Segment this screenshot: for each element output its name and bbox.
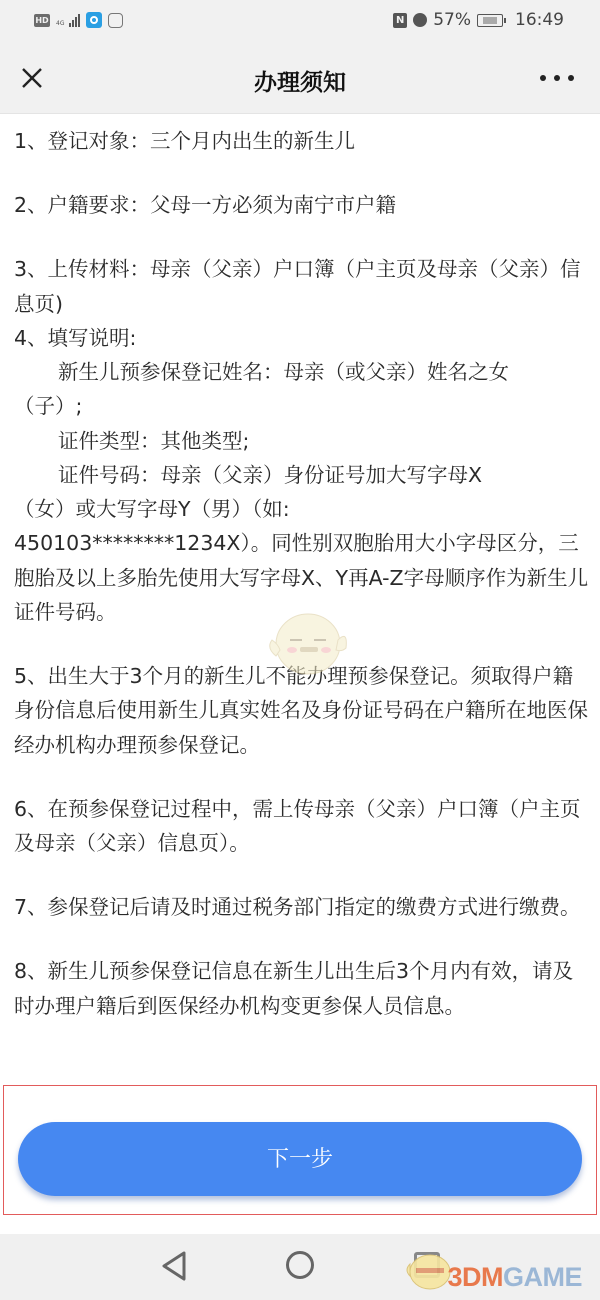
recent-square-icon[interactable]	[414, 1252, 440, 1278]
notice-item-4-cert-no-cont: （女）或大写字母Y（男）（如:	[14, 492, 590, 526]
notice-item-8: 8、新生儿预参保登记信息在新生儿出生后3个月内有效，请及时办理户籍后到医保经办机…	[14, 954, 590, 1022]
notice-item-7: 7、参保登记后请及时通过税务部门指定的缴费方式进行缴费。	[14, 890, 590, 924]
notice-item-4-cert-type: 证件类型：其他类型;	[14, 424, 590, 458]
hd-icon: HD	[34, 14, 50, 27]
battery-percent: 57%	[433, 10, 471, 30]
back-triangle-icon[interactable]	[160, 1250, 188, 1282]
network-type: 4G	[56, 21, 66, 27]
notice-content: 1、登记对象：三个月内出生的新生儿 2、户籍要求：父母一方必须为南宁市户籍 3、…	[14, 124, 590, 1023]
nfc-icon: N	[393, 13, 407, 28]
status-left-icons: HD 4G	[34, 12, 123, 28]
top-nav-bar: 办理须知	[0, 44, 600, 114]
search-app-icon	[86, 12, 102, 28]
notice-item-4-name: 新生儿预参保登记姓名：母亲（或父亲）姓名之女	[14, 355, 590, 389]
notice-item-6: 6、在预参保登记过程中，需上传母亲（父亲）户口簿（户主页及母亲（父亲）信息页）。	[14, 792, 590, 860]
notice-item-4-name-cont: （子）;	[14, 389, 590, 423]
battery-icon	[477, 14, 503, 27]
status-bar: HD 4G N 57% 16:49	[0, 0, 600, 44]
status-right-icons: N 57% 16:49	[393, 10, 564, 30]
notice-item-3: 3、上传材料：母亲（父亲）户口簿（户主页及母亲（父亲）信息页)	[14, 252, 590, 320]
system-navigation-bar	[0, 1234, 600, 1300]
notice-item-4-title: 4、填写说明:	[14, 321, 590, 355]
next-step-button[interactable]: 下一步	[18, 1122, 582, 1196]
notice-item-2: 2、户籍要求：父母一方必须为南宁市户籍	[14, 188, 590, 222]
clock: 16:49	[515, 10, 564, 30]
hand-hexagon-icon	[108, 13, 123, 28]
more-button[interactable]	[540, 66, 574, 90]
page-title: 办理须知	[0, 64, 600, 97]
notice-item-1: 1、登记对象：三个月内出生的新生儿	[14, 124, 590, 158]
notice-item-4-example: 450103********1234X）。同性别双胞胎用大小字母区分，三胞胎及以…	[14, 526, 590, 629]
alarm-icon	[413, 13, 427, 27]
signal-icon: 4G	[56, 13, 80, 27]
more-icon	[540, 75, 546, 81]
notice-item-5: 5、出生大于3个月的新生儿不能办理预参保登记。须取得户籍身份信息后使用新生儿真实…	[14, 659, 590, 762]
home-circle-icon[interactable]	[286, 1251, 314, 1279]
notice-item-4-cert-no: 证件号码：母亲（父亲）身份证号加大写字母X	[14, 458, 590, 492]
